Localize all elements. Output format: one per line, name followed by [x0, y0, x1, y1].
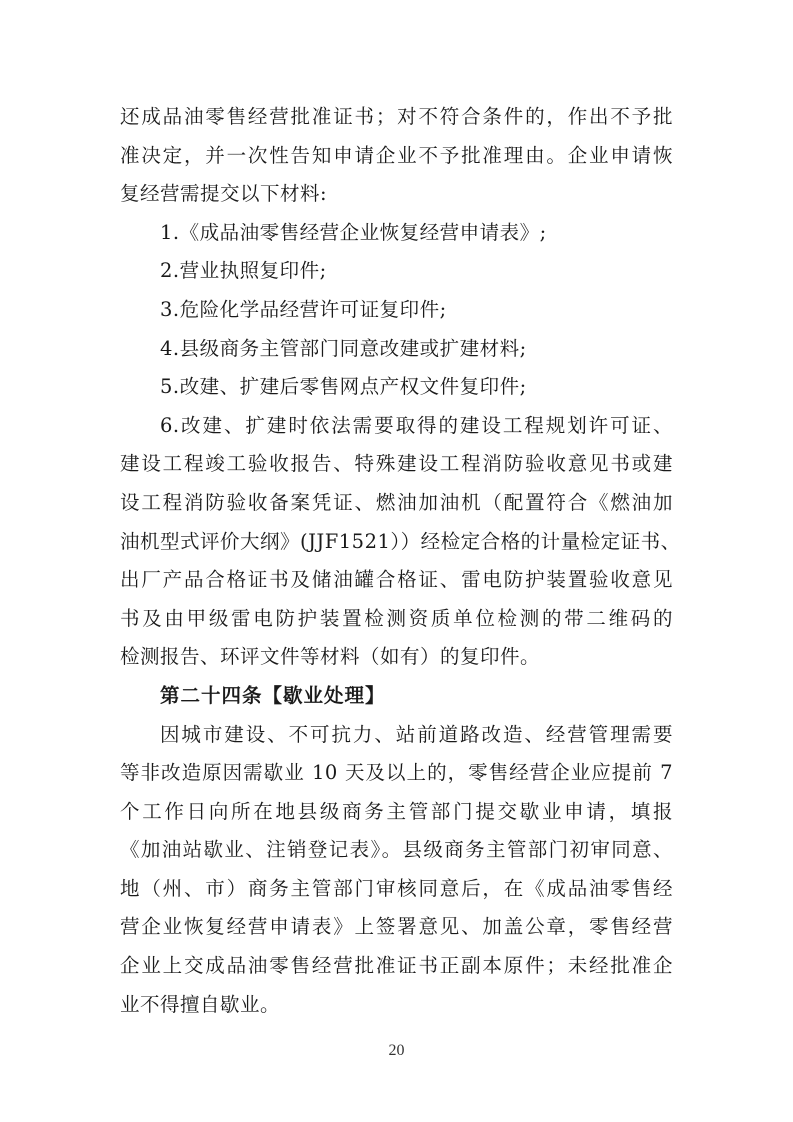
article-heading: 第二十四条【歇业处理】 — [120, 677, 673, 716]
body-text-line: 还成品油零售经营批准证书；对不符合条件的，作出不予批 — [120, 98, 673, 137]
list-item-6-continuation: 检测报告、环评文件等材料（如有）的复印件。 — [120, 638, 673, 677]
list-item-6-continuation: 书及由甲级雷电防护装置检测资质单位检测的带二维码的 — [120, 600, 673, 639]
article-body-line: 因城市建设、不可抗力、站前道路改造、经营管理需要 — [120, 716, 673, 755]
list-item-1: 1.《成品油零售经营企业恢复经营申请表》; — [120, 214, 673, 253]
document-page: 还成品油零售经营批准证书；对不符合条件的，作出不予批 准决定，并一次性告知申请企… — [0, 0, 793, 1122]
body-text-line: 准决定，并一次性告知申请企业不予批准理由。企业申请恢 — [120, 137, 673, 176]
list-item-6-continuation: 油机型式评价大纲》(JJF1521））经检定合格的计量检定证书、 — [120, 523, 673, 562]
list-item-2: 2.营业执照复印件; — [120, 252, 673, 291]
list-item-5: 5.改建、扩建后零售网点产权文件复印件; — [120, 368, 673, 407]
list-item-6-continuation: 设工程消防验收备案凭证、燃油加油机（配置符合《燃油加 — [120, 484, 673, 523]
article-body-line: 地（州、市）商务主管部门审核同意后，在《成品油零售经 — [120, 870, 673, 909]
article-body-line: 企业上交成品油零售经营批准证书正副本原件；未经批准企 — [120, 947, 673, 986]
page-number: 20 — [0, 1042, 793, 1060]
article-body-line: 等非改造原因需歇业 10 天及以上的，零售经营企业应提前 7 — [120, 754, 673, 793]
article-body-line: 个工作日向所在地县级商务主管部门提交歇业申请，填报 — [120, 793, 673, 832]
list-item-3: 3.危险化学品经营许可证复印件; — [120, 291, 673, 330]
list-item-6-continuation: 出厂产品合格证书及储油罐合格证、雷电防护装置验收意见 — [120, 561, 673, 600]
body-text-line: 复经营需提交以下材料: — [120, 175, 673, 214]
article-body-line: 营企业恢复经营申请表》上签署意见、加盖公章，零售经营 — [120, 908, 673, 947]
list-item-6: 6.改建、扩建时依法需要取得的建设工程规划许可证、 — [120, 407, 673, 446]
article-body-line: 《加油站歇业、注销登记表》。县级商务主管部门初审同意、 — [120, 831, 673, 870]
list-item-4: 4.县级商务主管部门同意改建或扩建材料; — [120, 330, 673, 369]
article-body-line: 业不得擅自歇业。 — [120, 986, 673, 1025]
list-item-6-continuation: 建设工程竣工验收报告、特殊建设工程消防验收意见书或建 — [120, 445, 673, 484]
page-body: 还成品油零售经营批准证书；对不符合条件的，作出不予批 准决定，并一次性告知申请企… — [120, 98, 673, 1024]
